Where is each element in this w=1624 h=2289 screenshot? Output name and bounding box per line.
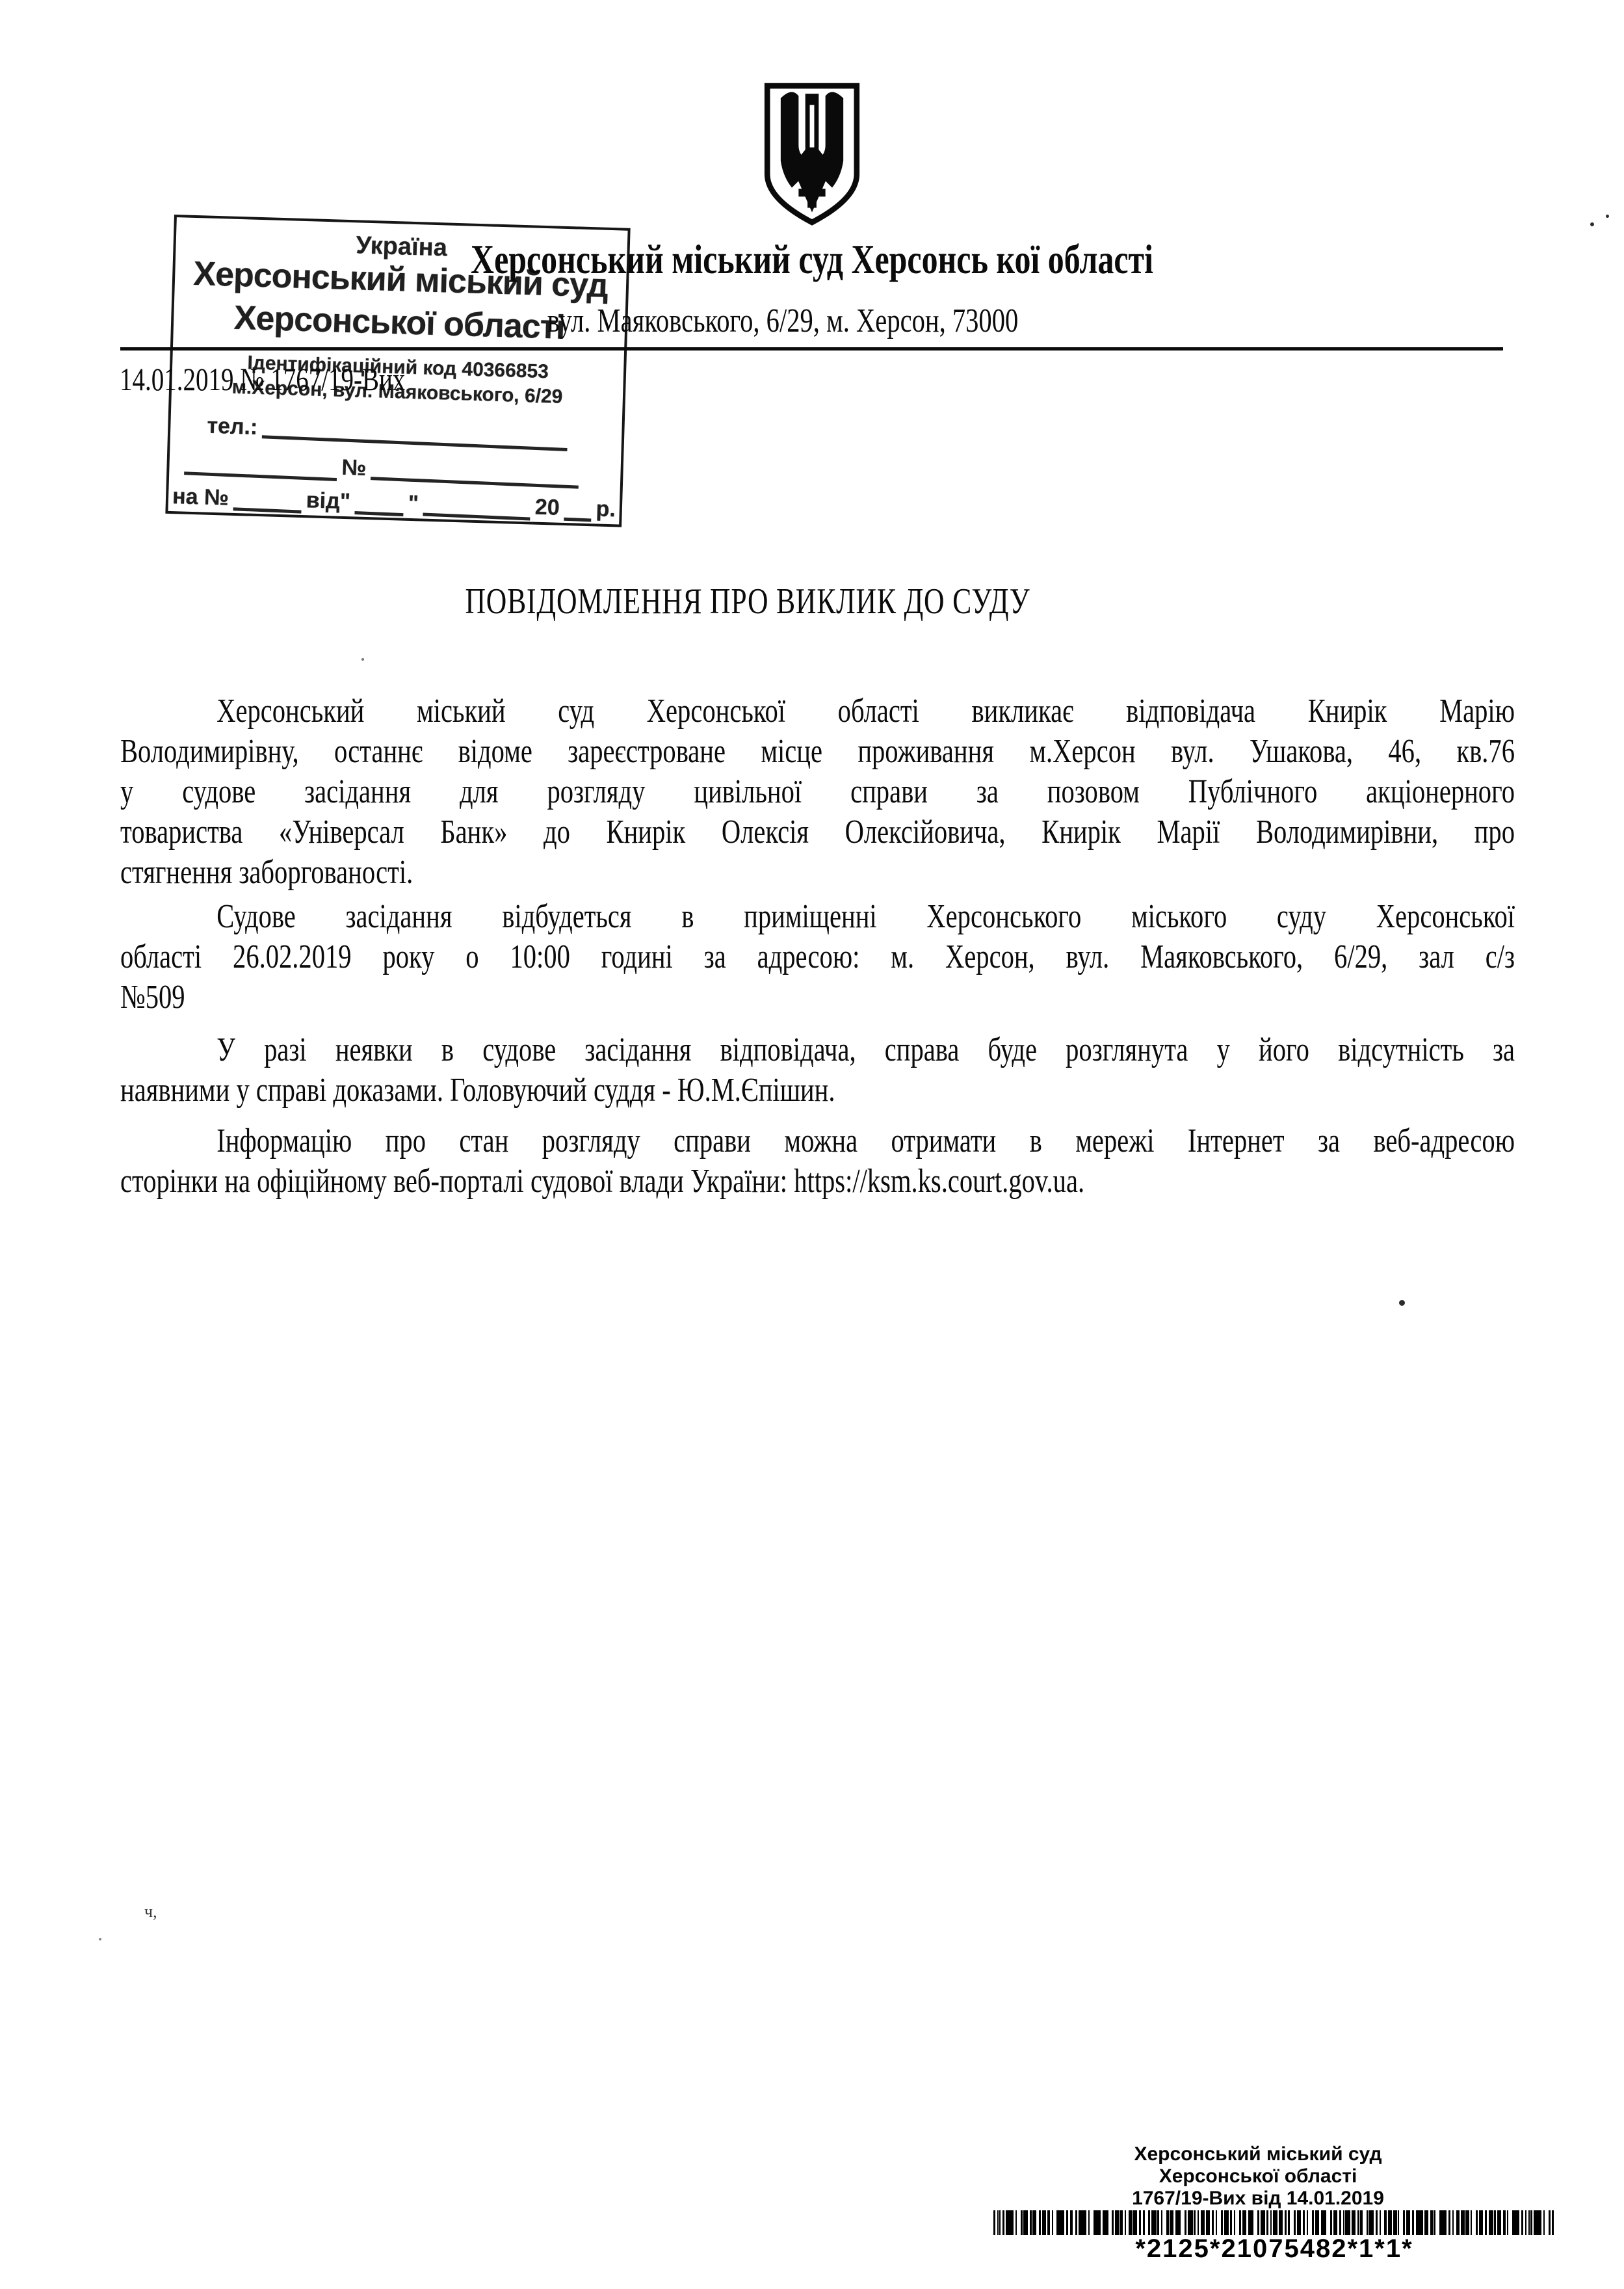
- body-line: сторінки на офіційному веб-порталі судов…: [120, 1161, 1515, 1202]
- stamp-tel-row: тел.:: [207, 414, 573, 450]
- letterhead-divider: [120, 347, 1503, 351]
- stamp-tel-label: тел.:: [207, 414, 258, 440]
- body-line: Інформацію про стан розгляду справи можн…: [120, 1121, 1515, 1161]
- footer-court-line1: Херсонський міський суд: [956, 2143, 1560, 2165]
- body-line: наявними у справі доказами. Головуючий с…: [120, 1070, 1515, 1111]
- document-title: ПОВІДОМЛЕННЯ ПРО ВИКЛИК ДО СУДУ: [0, 581, 1508, 622]
- footer-court-line2: Херсонської області: [956, 2165, 1560, 2188]
- body-line: у судове засідання для розгляду цивільно…: [120, 772, 1515, 812]
- blank-line: [354, 505, 404, 516]
- scan-margin-mark: ч,: [144, 1902, 157, 1922]
- body-line: області 26.02.2019 року о 10:00 годині з…: [120, 937, 1515, 977]
- barcode-caption: *2125*21075482*1*1*: [972, 2234, 1577, 2264]
- ukraine-trident-emblem-icon: [756, 79, 868, 229]
- blank-line: [262, 429, 568, 451]
- scan-speck: [1606, 215, 1609, 218]
- stamp-from-label: від: [306, 488, 340, 514]
- document-barcode: [993, 2210, 1554, 2235]
- blank-line: [233, 501, 302, 513]
- scan-speck: [1399, 1300, 1405, 1306]
- document-page: Україна Херсонський міський суд Херсонсь…: [0, 0, 1624, 2289]
- body-line: Судове засідання відбудеться в приміщенн…: [120, 897, 1515, 937]
- stamp-number-label: №: [341, 455, 367, 481]
- scan-speck: [1590, 222, 1594, 226]
- stamp-year-suffix: р.: [596, 496, 616, 522]
- body-line: №509: [120, 977, 1515, 1018]
- letterhead-address: вул. Маяковського, 6/29, м. Херсон, 7300…: [22, 302, 1543, 340]
- stamp-year-prefix: 20: [534, 495, 560, 521]
- blank-line: [371, 470, 579, 488]
- body-line: Херсонський міський суд Херсонської обла…: [120, 691, 1515, 732]
- body-line: товариства «Універсал Банк» до Книрік Ол…: [120, 812, 1515, 853]
- body-line: стягнення заборгованості.: [120, 853, 1515, 893]
- footer-registration-block: Херсонський міський суд Херсонської обла…: [956, 2143, 1560, 2210]
- paragraph-hearing-details: Судове засідання відбудеться в приміщенн…: [120, 897, 1515, 1018]
- stamp-reply-label: на №: [172, 484, 229, 511]
- scan-speck: [361, 658, 364, 661]
- blank-line: [423, 507, 530, 521]
- body-line: У разі неявки в судове засідання відпові…: [120, 1030, 1515, 1070]
- stamp-reply-row: на №від""20р.: [172, 484, 616, 522]
- paragraph-web-info: Інформацію про стан розгляду справи можн…: [120, 1121, 1515, 1202]
- letterhead-court-name: Херсонський міський суд Херсонсь кої обл…: [51, 235, 1573, 284]
- stamp-quote: ": [408, 491, 419, 516]
- blank-line: [184, 465, 337, 481]
- blank-line: [564, 511, 592, 522]
- outgoing-date-reference: 14.01.2019 № 1767/19-Вих: [120, 360, 830, 398]
- paragraph-absence-warning: У разі неявки в судове засідання відпові…: [120, 1030, 1515, 1111]
- body-line: Володимирівну, останнє відоме зареєстров…: [120, 732, 1515, 772]
- paragraph-summons: Херсонський міський суд Херсонської обла…: [120, 691, 1515, 893]
- footer-ref-line: 1767/19-Вих від 14.01.2019: [956, 2188, 1560, 2210]
- scan-speck: [99, 1938, 101, 1940]
- stamp-quote: ": [339, 489, 350, 514]
- stamp-number-row: №: [179, 450, 584, 487]
